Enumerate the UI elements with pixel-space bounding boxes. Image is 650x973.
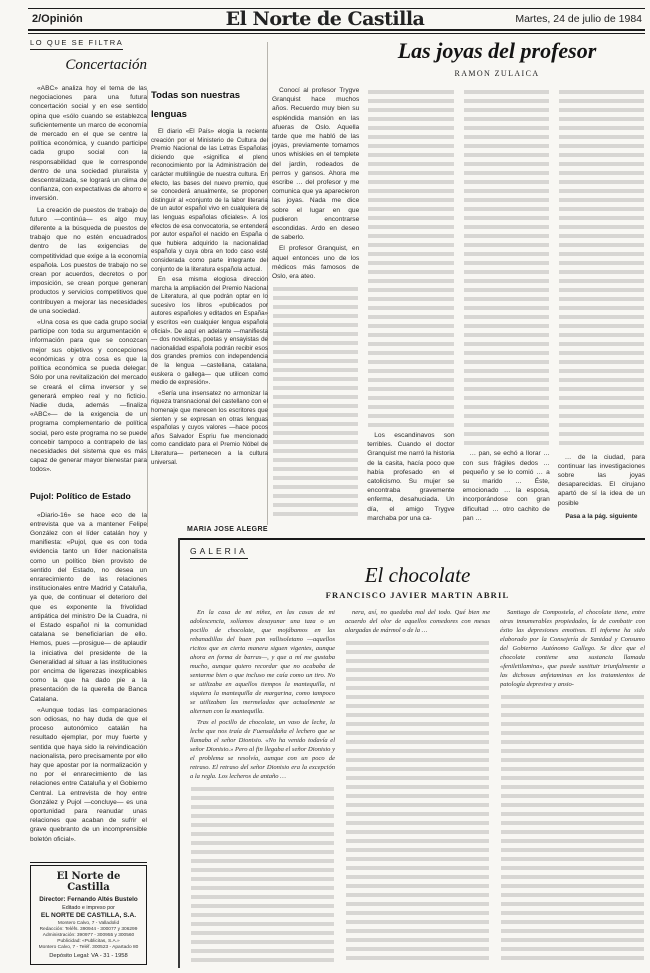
imprint-line: Redacción: Teléfs. 390944 - 300077 y 306… xyxy=(34,927,143,932)
imprint-line: Montero Calvo, 7 - Teléf. 300523 - Apart… xyxy=(34,945,143,950)
continuation-note: Pasa a la pág. siguiente xyxy=(558,510,645,525)
section-kicker: LO QUE SE FILTRA xyxy=(30,38,123,50)
galeria-col-2: nera, así, no quedaba mal del todo. Qué … xyxy=(345,608,490,968)
illegible-text-block xyxy=(464,90,549,445)
joyas-col-3: … pan, se echó a llorar … con sus frágil… xyxy=(463,86,550,525)
joyas-article: Las joyas del profesor RAMON ZULAICA Con… xyxy=(272,38,645,525)
illegible-text-block xyxy=(501,695,644,964)
illegible-text-block xyxy=(559,90,644,449)
header-rule-thick xyxy=(28,29,645,31)
article-title-chocolate: El chocolate xyxy=(190,563,645,588)
paragraph: «ABC» analiza hoy el tema de las negocia… xyxy=(30,84,147,204)
galeria-col-1: En la casa de mi niñez, en las casas de … xyxy=(190,608,335,968)
article-title-lenguas: Todas son nuestras lenguas xyxy=(151,86,268,124)
paragraph: «Sería una insensatez no armonizar la ri… xyxy=(151,390,268,467)
joyas-columns: Conocí al profesor Trygve Granquist hace… xyxy=(272,86,645,525)
paragraph: Santiago de Compostela, el chocolate tie… xyxy=(500,608,645,689)
paragraph: La creación de puestos de trabajo de fut… xyxy=(30,206,147,316)
header-rule-thin xyxy=(28,33,645,34)
illegible-text-block xyxy=(346,641,489,964)
paragraph: … pan, se echó a llorar … con sus frágil… xyxy=(463,449,550,523)
lo-que-se-filtra-column: LO QUE SE FILTRA Concertación «ABC» anal… xyxy=(30,38,147,965)
imprint-director: Director: Fernando Altés Bustelo xyxy=(34,896,143,903)
illegible-text-block xyxy=(273,287,358,521)
paragraph: … de la ciudad, para continuar las inves… xyxy=(558,453,645,508)
paragraph: En la casa de mi niñez, en las casas de … xyxy=(190,608,335,716)
galeria-section: GALERIA El chocolate FRANCISCO JAVIER MA… xyxy=(180,538,645,968)
article-body: «Diario-16» se hace eco de la entrevista… xyxy=(30,511,147,846)
imprint-masthead: El Norte de Castilla xyxy=(34,871,143,893)
issue-date: Martes, 24 de julio de 1984 xyxy=(515,13,642,25)
galeria-col-3: Santiago de Compostela, el chocolate tie… xyxy=(500,608,645,968)
lenguas-column: Todas son nuestras lenguas El diario «El… xyxy=(151,86,268,533)
subhead-pujol: Pujol: Político de Estado xyxy=(30,491,147,501)
article-title-joyas: Las joyas del profesor xyxy=(352,38,642,64)
galeria-columns: En la casa de mi niñez, en las casas de … xyxy=(190,608,645,968)
paragraph: Conocí al profesor Trygve Granquist hace… xyxy=(272,86,359,242)
byline-maria-jose-alegre: MARIA JOSE ALEGRE xyxy=(151,522,268,533)
imprint-box: El Norte de Castilla Director: Fernando … xyxy=(30,865,147,965)
illegible-text-block xyxy=(368,90,453,427)
paragraph: Los escandinavos son terribles. Cuando e… xyxy=(367,431,454,523)
byline-ramon-zulaica: RAMON ZULAICA xyxy=(352,69,642,78)
imprint-line: Administración: 390977 - 300955 y 300560 xyxy=(34,933,143,938)
paragraph: nera, así, no quedaba mal del todo. Qué … xyxy=(345,608,490,635)
paragraph: Tras el pocillo de chocolate, un vaso de… xyxy=(190,718,335,781)
joyas-col-4: … de la ciudad, para continuar las inves… xyxy=(558,86,645,525)
paragraph: «Aunque todas las comparaciones son odio… xyxy=(30,706,147,844)
article-body: «ABC» analiza hoy el tema de las negocia… xyxy=(30,84,147,477)
paragraph: El profesor Granquist, en aquel entonces… xyxy=(272,244,359,281)
imprint-line: Editado e impreso por xyxy=(34,905,143,911)
imprint-line: Publicidad: «Publicitas, S.A.» xyxy=(34,939,143,944)
imprint-legal-deposit: Depósito Legal: VA - 31 - 1958 xyxy=(34,953,143,959)
paragraph: «Una cosa es que cada grupo social parti… xyxy=(30,318,147,474)
joyas-col-2: Los escandinavos son terribles. Cuando e… xyxy=(367,86,454,525)
article-title-concertacion: Concertación xyxy=(30,57,147,74)
byline-martin-abril: FRANCISCO JAVIER MARTIN ABRIL xyxy=(190,590,645,600)
paragraph: «Diario-16» se hace eco de la entrevista… xyxy=(30,511,147,704)
paragraph: El diario «El País» elogia la reciente c… xyxy=(151,128,268,274)
newspaper-page: 2/Opinión El Norte de Castilla Martes, 2… xyxy=(0,0,650,973)
article-body: El diario «El País» elogia la reciente c… xyxy=(151,128,268,469)
paragraph: En esa misma elogiosa dirección marcha l… xyxy=(151,276,268,388)
imprint-line: Montero Calvo, 7 - Valladolid xyxy=(34,921,143,926)
section-kicker-galeria: GALERIA xyxy=(190,546,248,559)
column-rule xyxy=(147,90,148,527)
joyas-col-1: Conocí al profesor Trygve Granquist hace… xyxy=(272,86,359,525)
illegible-text-block xyxy=(191,787,334,964)
imprint-publisher: EL NORTE DE CASTILLA, S.A. xyxy=(34,912,143,919)
